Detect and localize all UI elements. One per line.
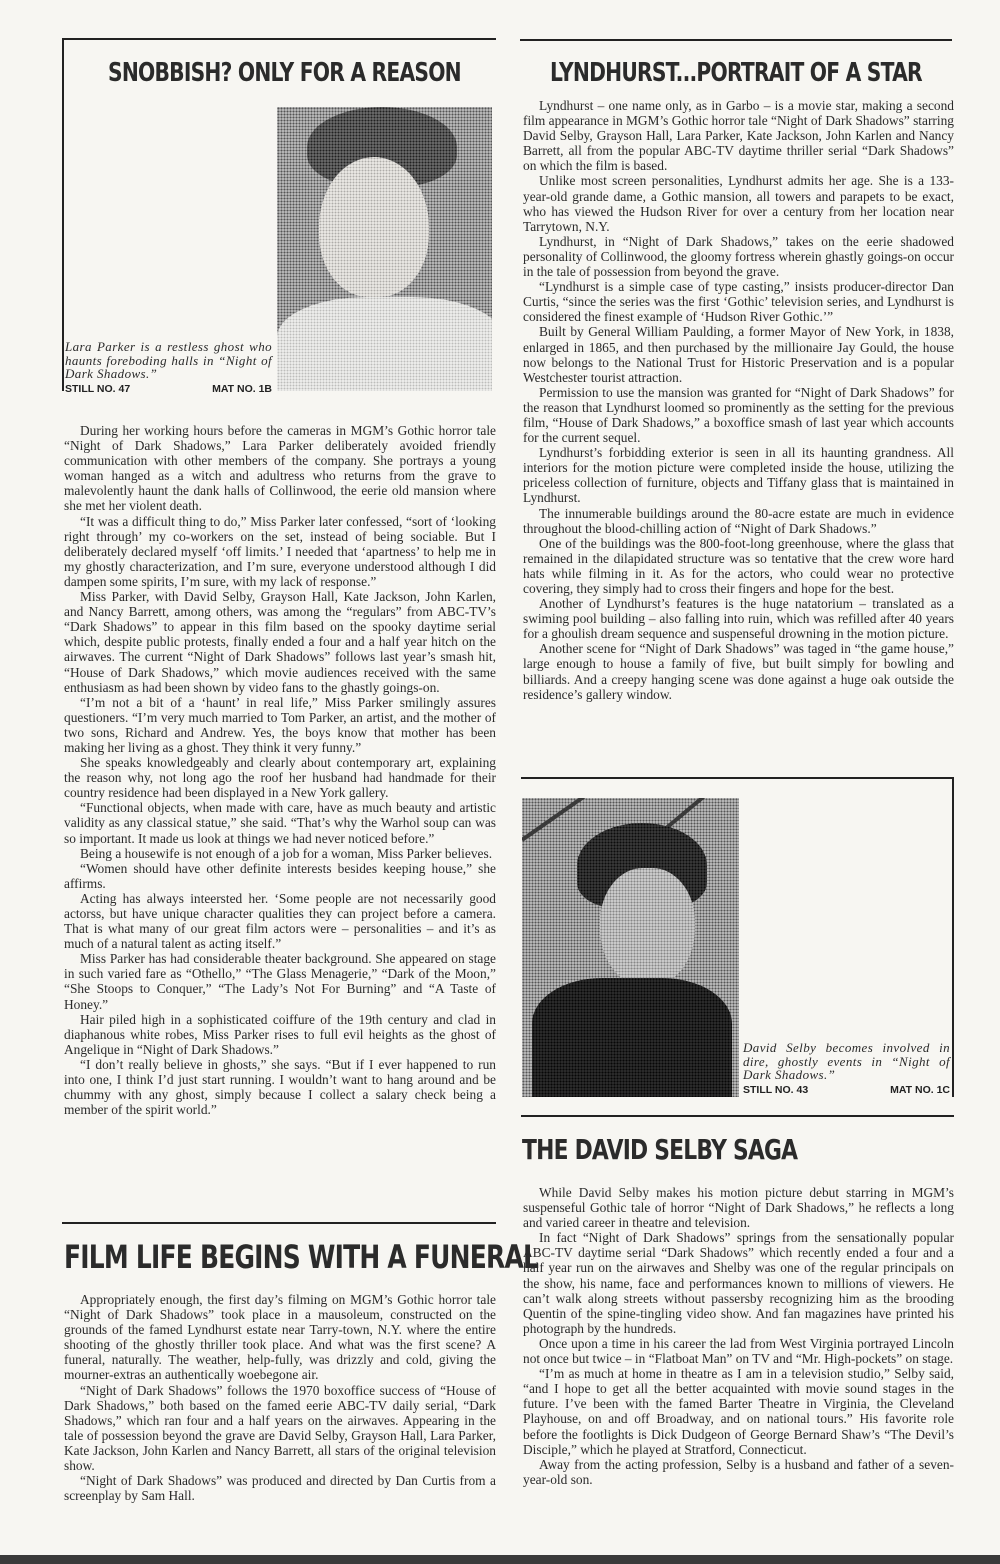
article-paragraph: Lyndhurst, in “Night of Dark Shadows,” t… — [523, 234, 954, 279]
selby-box-bottom-rule — [521, 1115, 954, 1117]
article-paragraph: Being a housewife is not enough of a job… — [64, 846, 496, 861]
article-paragraph: Permission to use the mansion was grante… — [523, 385, 954, 445]
article-paragraph: “Night of Dark Shadows” follows the 1970… — [64, 1383, 496, 1474]
article-paragraph: “Women should have other definite intere… — [64, 861, 496, 891]
snobbish-article-body: During her working hours before the came… — [64, 423, 496, 1117]
article-paragraph: One of the buildings was the 800-foot-lo… — [523, 536, 954, 596]
article-paragraph: Away from the acting profession, Selby i… — [523, 1457, 954, 1487]
photo-caption: Lara Parker is a restless ghost who haun… — [65, 340, 272, 381]
article-paragraph: “I’m not a bit of a ‘haunt’ in real life… — [64, 695, 496, 755]
snobbish-box-left-rule — [62, 38, 64, 391]
still-mat-row: STILL NO. 47 MAT NO. 1B — [65, 383, 272, 395]
selby-headline: THE DAVID SELBY SAGA — [522, 1133, 797, 1166]
article-paragraph: Hair piled high in a sophisticated coiff… — [64, 1012, 496, 1057]
funeral-section-rule — [62, 1222, 496, 1224]
selby-caption-block: David Selby becomes involved in dire, gh… — [743, 1041, 950, 1096]
selby-article-body: While David Selby makes his motion pictu… — [523, 1185, 954, 1487]
article-paragraph: Miss Parker has had considerable theater… — [64, 951, 496, 1011]
lara-parker-photo — [277, 107, 492, 391]
selby-box-right-rule — [952, 777, 954, 1097]
still-number: STILL NO. 47 — [65, 383, 130, 395]
article-paragraph: Lyndhurst’s forbidding exterior is seen … — [523, 445, 954, 505]
article-paragraph: “I don’t really believe in ghosts,” she … — [64, 1057, 496, 1117]
lyndhurst-headline: LYNDHURST...PORTRAIT OF A STAR — [550, 58, 922, 88]
still-mat-row: STILL NO. 43 MAT NO. 1C — [743, 1084, 950, 1096]
press-kit-page: SNOBBISH? ONLY FOR A REASON Lara Parker … — [0, 0, 1000, 1564]
lyndhurst-top-rule — [520, 39, 952, 41]
article-paragraph: The innumerable buildings around the 80-… — [523, 506, 954, 536]
article-paragraph: Lyndhurst – one name only, as in Garbo –… — [523, 98, 954, 173]
article-paragraph: In fact “Night of Dark Shadows” springs … — [523, 1230, 954, 1336]
still-number: STILL NO. 43 — [743, 1084, 808, 1096]
article-paragraph: Miss Parker, with David Selby, Grayson H… — [64, 589, 496, 695]
lyndhurst-article-body: Lyndhurst – one name only, as in Garbo –… — [523, 98, 954, 702]
funeral-headline: FILM LIFE BEGINS WITH A FUNERAL — [64, 1238, 538, 1276]
photo-face-shape — [319, 157, 429, 297]
photo-branch-shape — [522, 798, 597, 842]
article-paragraph: While David Selby makes his motion pictu… — [523, 1185, 954, 1230]
article-paragraph: “Functional objects, when made with care… — [64, 800, 496, 845]
article-paragraph: Appropriately enough, the first day’s fi… — [64, 1292, 496, 1383]
funeral-article-body: Appropriately enough, the first day’s fi… — [64, 1292, 496, 1503]
mat-number: MAT NO. 1C — [890, 1084, 950, 1096]
lara-parker-caption-block: Lara Parker is a restless ghost who haun… — [65, 340, 272, 395]
photo-dress-shape — [277, 297, 492, 391]
article-paragraph: Once upon a time in his career the lad f… — [523, 1336, 954, 1366]
article-paragraph: “I’m as much at home in theatre as I am … — [523, 1366, 954, 1457]
article-paragraph: She speaks knowledgeably and clearly abo… — [64, 755, 496, 800]
article-paragraph: Built by General William Paulding, a for… — [523, 324, 954, 384]
article-paragraph: “Night of Dark Shadows” was produced and… — [64, 1473, 496, 1503]
photo-caption: David Selby becomes involved in dire, gh… — [743, 1041, 950, 1082]
snobbish-box-top-rule — [62, 38, 496, 40]
mat-number: MAT NO. 1B — [212, 383, 272, 395]
article-paragraph: During her working hours before the came… — [64, 423, 496, 514]
snobbish-headline: SNOBBISH? ONLY FOR A REASON — [108, 58, 461, 88]
photo-face-shape — [600, 868, 695, 988]
article-paragraph: “Lyndhurst is a simple case of type cast… — [523, 279, 954, 324]
photo-coat-shape — [532, 978, 732, 1097]
david-selby-photo — [522, 798, 739, 1097]
article-paragraph: Unlike most screen personalities, Lyndhu… — [523, 173, 954, 233]
article-paragraph: Another of Lyndhurst’s features is the h… — [523, 596, 954, 641]
article-paragraph: “It was a difficult thing to do,” Miss P… — [64, 514, 496, 589]
page-bottom-edge — [0, 1555, 1000, 1564]
article-paragraph: Acting has always inteersted her. ‘Some … — [64, 891, 496, 951]
article-paragraph: Another scene for “Night of Dark Shadows… — [523, 641, 954, 701]
selby-box-top-rule — [521, 777, 954, 779]
